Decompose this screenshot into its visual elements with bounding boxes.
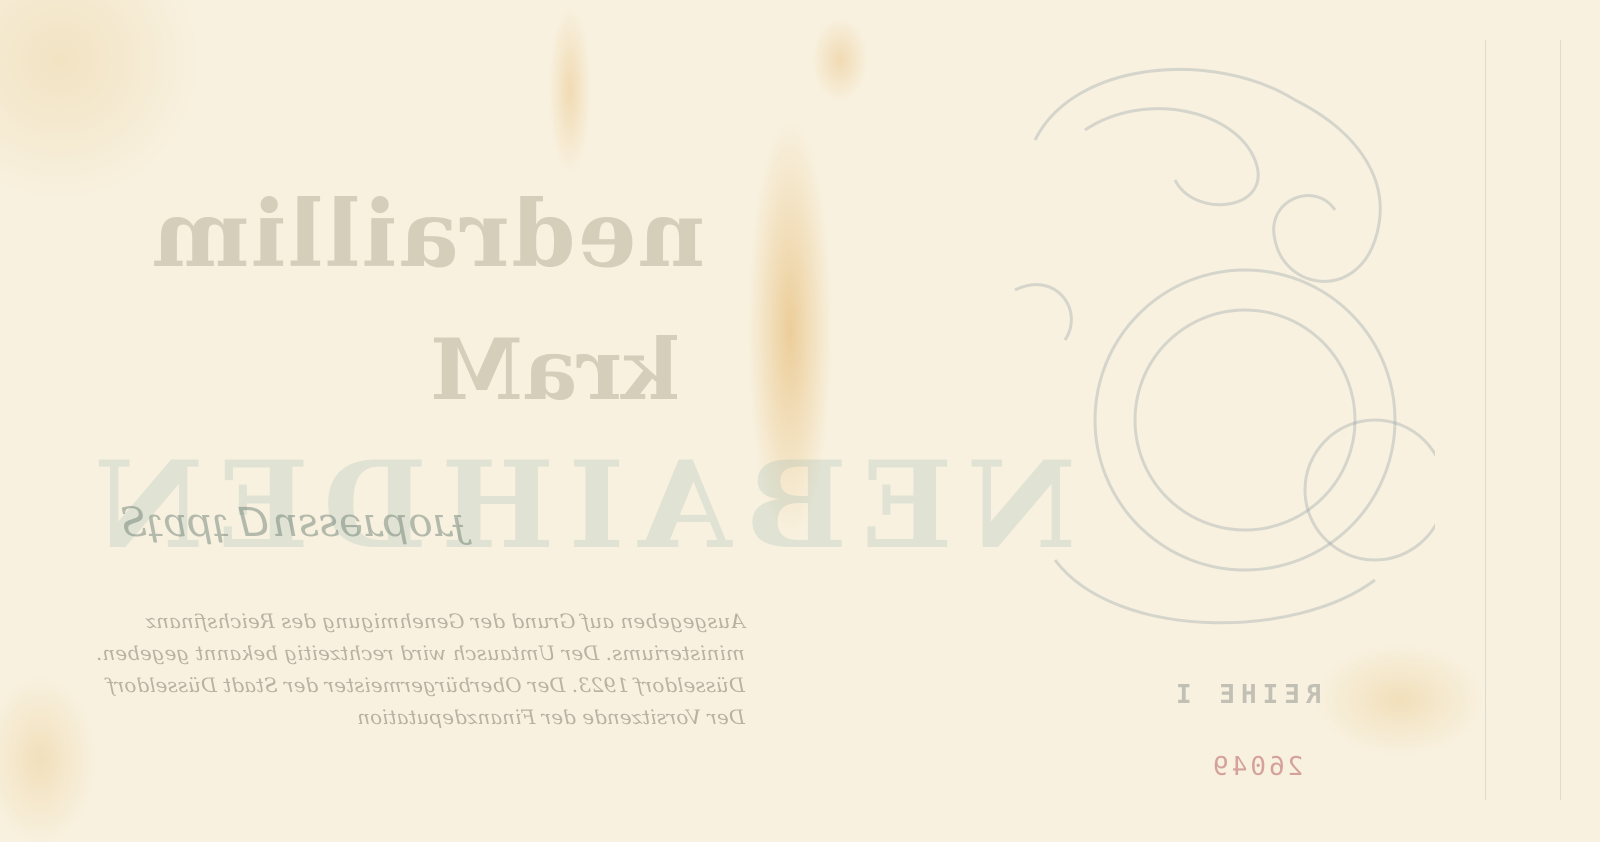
border-line-left [1485, 40, 1486, 800]
legal-line: Der Vorsitzende der Finanzdeputation [96, 701, 745, 733]
banknote-reverse: nedraillim kraM NEBAIHDEN ɟɹopɹǝssnᗡ ʇpɐ… [0, 0, 1600, 842]
currency-show-through: kraM [430, 320, 680, 419]
series-label: REIHE I [1170, 680, 1322, 710]
serial-number: 26049 [1210, 752, 1303, 782]
legal-line: Düsseldorf 1923. Der Oberbürgermeister d… [96, 669, 745, 701]
issuer-show-through: ɟɹopɹǝssnᗡ ʇpɐʇS [120, 500, 465, 546]
denomination-show-through: nedraillim [150, 180, 705, 288]
legal-line: Ausgegeben auf Grund der Genehmigung des… [96, 605, 745, 637]
legal-text-show-through: Ausgegeben auf Grund der Genehmigung des… [96, 605, 745, 733]
legal-line: ministeriums. Der Umtausch wird rechtzei… [96, 637, 745, 669]
border-line-right [1560, 40, 1561, 800]
